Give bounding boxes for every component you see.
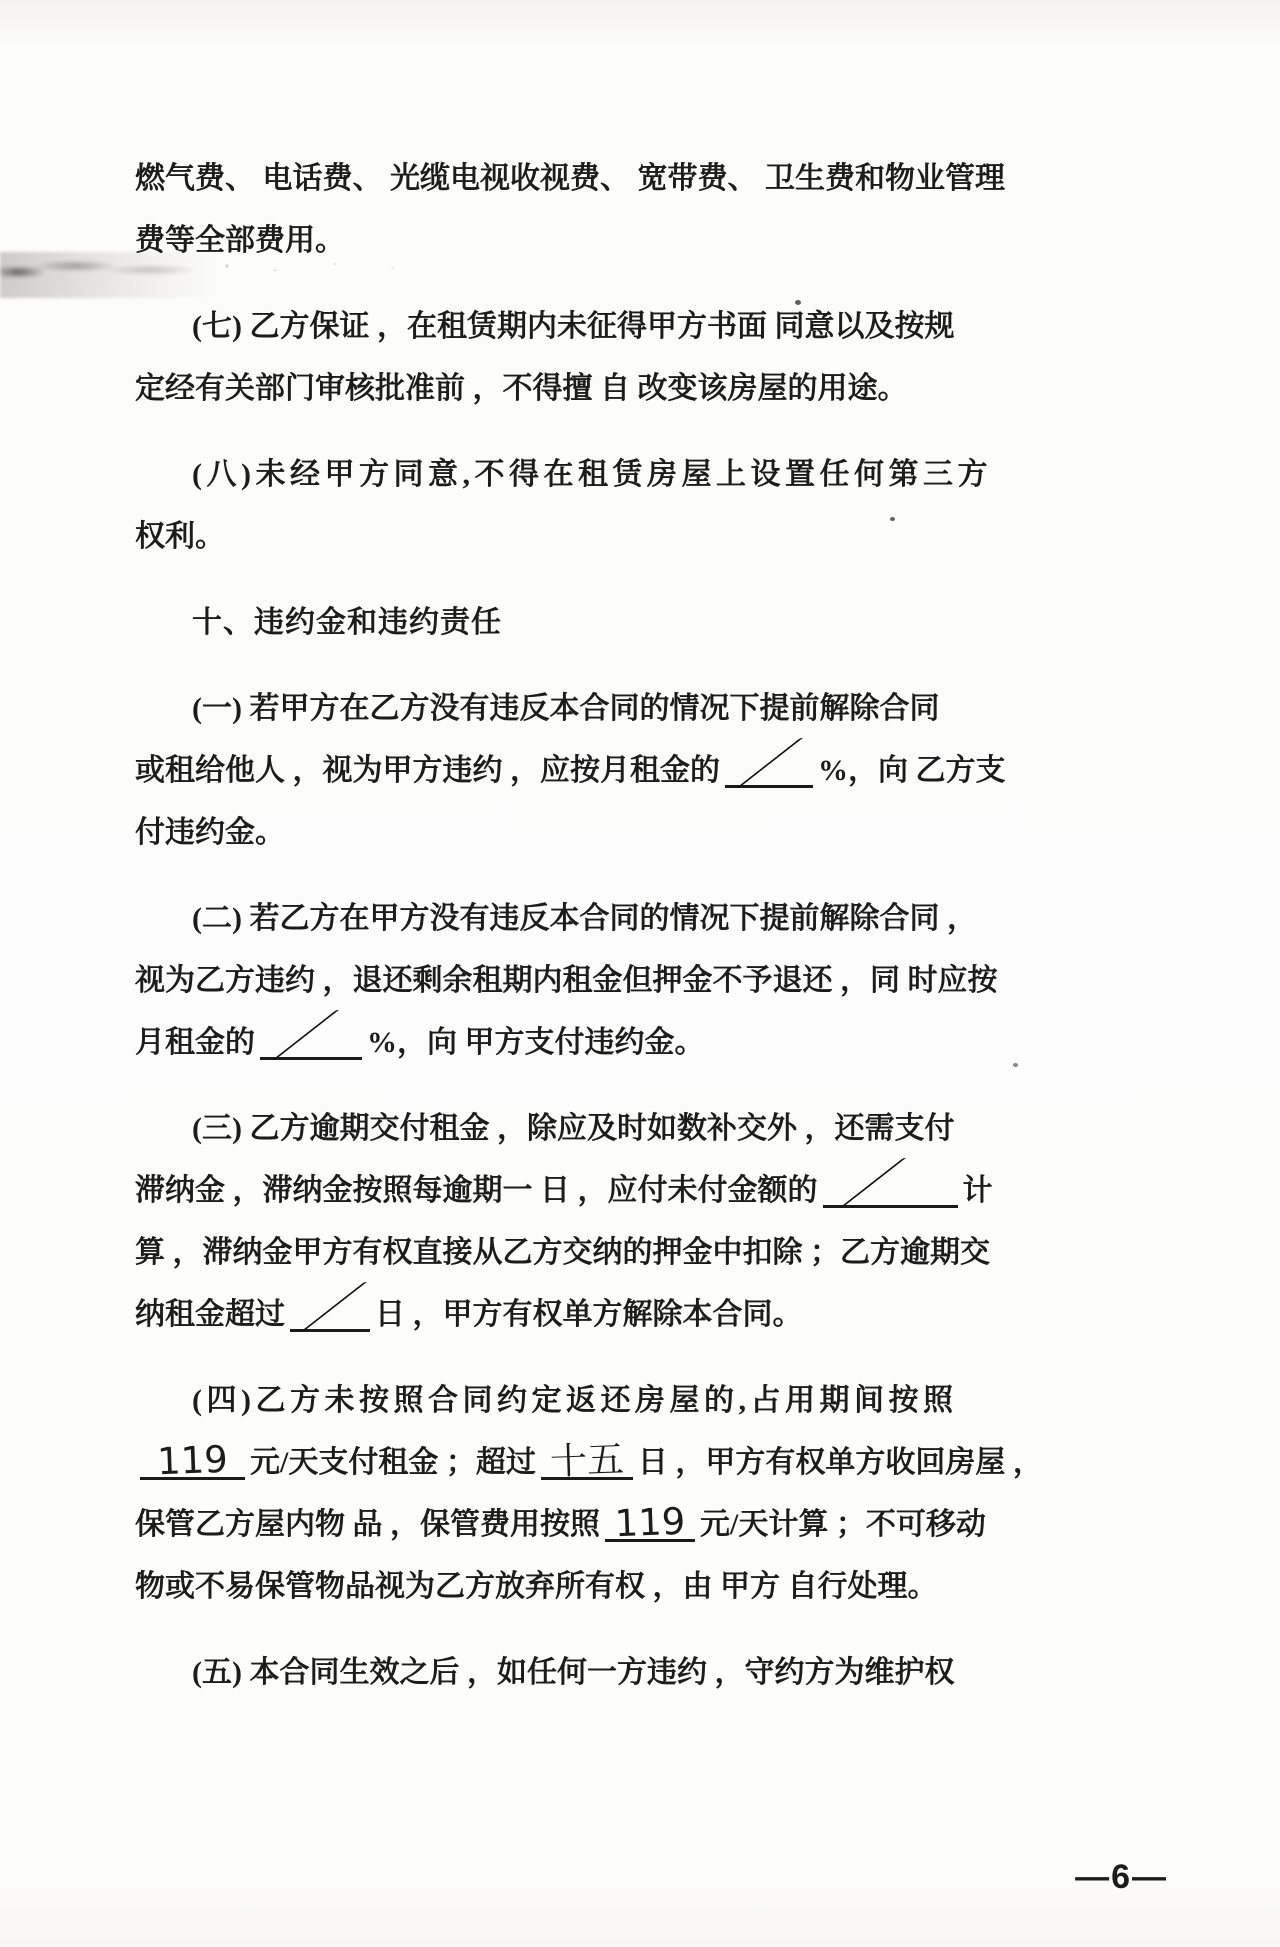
text-run: (四)乙方未按照合同约定返还房屋的,占用期间按照: [192, 1384, 957, 1417]
text-run: 纳租金超过: [135, 1298, 285, 1331]
blank-fill-in-field: 十五: [541, 1441, 633, 1480]
paragraph: (二) 若乙方在甲方没有违反本合同的情况下提前解除合同 ，视为乙方违约 ，退还剩…: [135, 888, 913, 1074]
text-run: 视为乙方违约 ，退还剩余租期内租金但押金不予退还 ，同 时应按: [135, 964, 998, 997]
text-line: (七) 乙方保证 ，在租赁期内未征得甲方书面 同意以及按规: [135, 296, 913, 358]
handwritten-slash-mark: [300, 1282, 370, 1332]
paragraph: (七) 乙方保证 ，在租赁期内未征得甲方书面 同意以及按规定经有关部门审核批准前…: [135, 296, 913, 420]
handwritten-value: 119: [604, 1501, 695, 1544]
text-line: 119元/天支付租金 ；超过十五日 ，甲方有权单方收回房屋 ，: [135, 1432, 913, 1494]
text-line: 滞纳金 ，滞纳金按照每逾期一 日 ，应付未付金额的计: [135, 1160, 913, 1222]
blank-fill-in-field: 119: [605, 1503, 695, 1542]
handwritten-value: 119: [139, 1439, 245, 1483]
text-run: 权利。: [135, 520, 225, 553]
text-run: 计: [963, 1174, 993, 1207]
text-run: 物或不易保管物品视为乙方放弃所有权 ，由 甲方 自行处理。: [135, 1570, 938, 1603]
text-run: (七) 乙方保证 ，在租赁期内未征得甲方书面 同意以及按规: [192, 310, 954, 343]
text-run: 保管乙方屋内物 品 ，保管费用按照: [135, 1508, 600, 1541]
text-run: %，向 乙方支: [818, 754, 1006, 787]
blank-fill-in-field: [823, 1169, 958, 1208]
text-run: 日 ，甲方有权单方解除本合同。: [375, 1298, 803, 1331]
blank-fill-in-field: [260, 1021, 362, 1060]
text-run: 元/天计算 ；不可移动: [700, 1508, 986, 1541]
text-line: 月租金的%，向 甲方支付违约金。: [135, 1012, 913, 1074]
text-line: 保管乙方屋内物 品 ，保管费用按照119元/天计算 ；不可移动: [135, 1494, 913, 1556]
text-line: 物或不易保管物品视为乙方放弃所有权 ，由 甲方 自行处理。: [135, 1556, 913, 1618]
text-run: 滞纳金 ，滞纳金按照每逾期一 日 ，应付未付金额的: [135, 1174, 818, 1207]
text-line: (三) 乙方逾期交付租金 ，除应及时如数补交外 ，还需支付: [135, 1098, 913, 1160]
text-run: 定经有关部门审核批准前 ，不得擅 自 改变该房屋的用途。: [135, 372, 908, 405]
blank-fill-in-field: [725, 749, 813, 788]
paragraph: (三) 乙方逾期交付租金 ，除应及时如数补交外 ，还需支付滞纳金 ，滞纳金按照每…: [135, 1098, 913, 1346]
text-line: (八)未经甲方同意,不得在租赁房屋上设置任何第三方: [135, 444, 913, 506]
handwritten-slash-mark: [736, 738, 806, 788]
text-run: 费等全部费用。: [135, 224, 345, 257]
contract-body: 燃气费、 电话费、 光缆电视收视费、 宽带费、 卫生费和物业管理费等全部费用。(…: [135, 148, 913, 1728]
text-run: 燃气费、 电话费、 光缆电视收视费、 宽带费、 卫生费和物业管理: [135, 162, 1005, 195]
scan-speck: [1013, 1063, 1018, 1067]
text-line: (一) 若甲方在乙方没有违反本合同的情况下提前解除合同: [135, 678, 913, 740]
text-line: 视为乙方违约 ，退还剩余租期内租金但押金不予退还 ，同 时应按: [135, 950, 913, 1012]
handwritten-slash-mark: [272, 1010, 342, 1060]
text-line: 算 ，滞纳金甲方有权直接从乙方交纳的押金中扣除 ；乙方逾期交: [135, 1222, 913, 1284]
text-run: (三) 乙方逾期交付租金 ，除应及时如数补交外 ，还需支付: [192, 1112, 954, 1145]
blank-fill-in-field: 119: [140, 1441, 245, 1480]
paragraph: (八)未经甲方同意,不得在租赁房屋上设置任何第三方权利。: [135, 444, 913, 568]
paragraph: (四)乙方未按照合同约定返还房屋的,占用期间按照119元/天支付租金 ；超过十五…: [135, 1370, 913, 1618]
scanned-contract-page: 燃气费、 电话费、 光缆电视收视费、 宽带费、 卫生费和物业管理费等全部费用。(…: [0, 0, 1280, 1947]
text-line: 权利。: [135, 506, 913, 568]
text-run: (二) 若乙方在甲方没有违反本合同的情况下提前解除合同 ，: [192, 902, 977, 935]
page-number: —6—: [1075, 1858, 1168, 1897]
text-run: 元/天支付租金 ；超过: [250, 1446, 536, 1479]
text-line: 十、违约金和违约责任: [135, 592, 913, 654]
text-run: 十、违约金和违约责任: [192, 606, 502, 639]
text-line: 付违约金。: [135, 802, 913, 864]
text-run: 算 ，滞纳金甲方有权直接从乙方交纳的押金中扣除 ；乙方逾期交: [135, 1236, 990, 1269]
text-line: 燃气费、 电话费、 光缆电视收视费、 宽带费、 卫生费和物业管理: [135, 148, 913, 210]
text-run: 日 ，甲方有权单方收回房屋 ，: [638, 1446, 1043, 1479]
text-run: 或租给他人 ，视为甲方违约 ，应按月租金的: [135, 754, 720, 787]
text-line: (四)乙方未按照合同约定返还房屋的,占用期间按照: [135, 1370, 913, 1432]
text-line: 或租给他人 ，视为甲方违约 ，应按月租金的%，向 乙方支: [135, 740, 913, 802]
section-heading: 十、违约金和违约责任: [135, 592, 913, 654]
handwritten-value: 十五: [540, 1439, 633, 1482]
paragraph: 燃气费、 电话费、 光缆电视收视费、 宽带费、 卫生费和物业管理费等全部费用。: [135, 148, 913, 272]
text-run: (一) 若甲方在乙方没有违反本合同的情况下提前解除合同: [192, 692, 939, 725]
text-run: 月租金的: [135, 1026, 255, 1059]
text-line: 纳租金超过日 ，甲方有权单方解除本合同。: [135, 1284, 913, 1346]
blank-fill-in-field: [290, 1293, 370, 1332]
text-run: 付违约金。: [135, 816, 285, 849]
handwritten-slash-mark: [839, 1158, 909, 1208]
text-line: (五) 本合同生效之后 ，如任何一方违约 ，守约方为维护权: [135, 1642, 913, 1704]
paragraph: (一) 若甲方在乙方没有违反本合同的情况下提前解除合同或租给他人 ，视为甲方违约…: [135, 678, 913, 864]
text-run: %，向 甲方支付违约金。: [367, 1026, 705, 1059]
text-run: (八)未经甲方同意,不得在租赁房屋上设置任何第三方: [192, 458, 992, 491]
text-run: (五) 本合同生效之后 ，如任何一方违约 ，守约方为维护权: [192, 1656, 954, 1689]
paragraph: (五) 本合同生效之后 ，如任何一方违约 ，守约方为维护权: [135, 1642, 913, 1704]
text-line: 费等全部费用。: [135, 210, 913, 272]
text-line: (二) 若乙方在甲方没有违反本合同的情况下提前解除合同 ，: [135, 888, 913, 950]
text-line: 定经有关部门审核批准前 ，不得擅 自 改变该房屋的用途。: [135, 358, 913, 420]
